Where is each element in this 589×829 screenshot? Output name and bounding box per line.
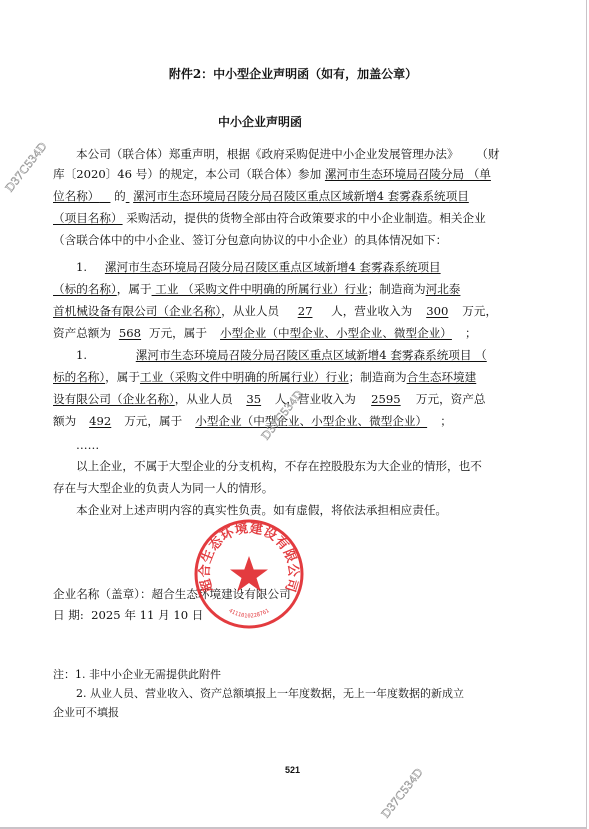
- entry-subject: 漯河市生态环境局召陵分局召陵区重点区域新增4 套雾森系统项目 （: [97, 347, 487, 363]
- purchaser-name-label: 位名称）: [53, 189, 99, 203]
- official-seal-icon: 超合生态环境建设有限公司 4111010228761: [193, 518, 305, 630]
- entry-text: 资产总额为: [53, 326, 111, 340]
- statement-2: 本企业对上述声明内容的真实性负责。如有虚假，将依法承担相应责任。: [76, 502, 447, 518]
- entry-text: ；制造商为: [368, 282, 426, 296]
- entry-assets: 568: [111, 325, 149, 341]
- entry-2-line-1: 1. 漯河市生态环境局召陵分局召陵区重点区域新增4 套雾森系统项目 （: [76, 347, 487, 363]
- attachment-title: 附件2：中小型企业声明函（如有，加盖公章）: [0, 66, 586, 82]
- entry-text: ；: [465, 326, 477, 340]
- entry-subject-label: 标的名称）: [53, 370, 105, 384]
- date-label: 日 期:: [53, 608, 84, 622]
- entry-assets: 492: [76, 413, 124, 429]
- note-1: 注：1. 非中小企业无需提供此附件: [53, 667, 221, 683]
- entry-2-line-4: 额为492万元，属于小型企业（中型企业、小型企业、微型企业）；: [53, 413, 452, 429]
- entry-1-line-3: 首机械设备有限公司（企业名称），从业人员27人，营业收入为300万元，: [53, 303, 497, 319]
- entry-size: 小型企业（中型企业、小型企业、微型企业）: [182, 413, 440, 429]
- entry-manufacturer: 首机械设备有限公司（企业名称）: [53, 304, 221, 318]
- intro-line-2: 库〔2020〕46 号）的规定，本公司（联合体）参加 漯河市生态环境局召陵分局 …: [53, 166, 491, 182]
- entry-manufacturer: 河北泰: [426, 282, 461, 296]
- entry-text: ；: [440, 414, 452, 428]
- intro-line-1: 本公司（联合体）郑重声明，根据《政府采购促进中小企业发展管理办法》 （财: [76, 146, 500, 162]
- entry-size: 小型企业（中型企业、小型企业、微型企业）: [207, 325, 465, 341]
- entry-text: 人，营业收入为: [331, 304, 412, 318]
- intro-text: （财: [476, 147, 499, 161]
- project-name-field: 漯河市生态环境局召陵分局召陵区重点区域新增4 套雾森系统项目: [133, 189, 469, 203]
- watermark: D37C534D: [378, 765, 426, 821]
- statement-1-line-1: 以上企业，不属于大型企业的分支机构，不存在控股股东为大企业的情形，也不: [76, 458, 482, 474]
- entry-revenue: 300: [412, 303, 462, 319]
- entry-text: ，从业人员: [175, 392, 233, 406]
- entry-employees: 35: [233, 391, 275, 407]
- entry-text: 万元，: [462, 304, 497, 318]
- document-page: 附件2：中小型企业声明函（如有，加盖公章） 中小企业声明函 本公司（联合体）郑重…: [0, 0, 587, 829]
- entry-manufacturer: 合生态环境建: [407, 370, 477, 384]
- intro-line-3: 位名称） 的 漯河市生态环境局召陵分局召陵区重点区域新增4 套雾森系统项目: [53, 188, 469, 204]
- svg-text:4111010228761: 4111010228761: [228, 608, 271, 619]
- entry-text: 万元，资产总: [416, 392, 486, 406]
- entry-manufacturer: 设有限公司（企业名称）: [53, 392, 175, 406]
- entry-text: ；制造商为: [349, 370, 407, 384]
- entry-text: ，从业人员: [221, 304, 279, 318]
- entry-1-line-2: （标的名称），属于 工业 （采购文件中明确的所属行业）行业；制造商为河北泰: [53, 281, 460, 297]
- intro-line-5: （含联合体中的中小企业、签订分包意向协议的中小企业）的具体情况如下：: [53, 232, 447, 248]
- note-2-line-1: 2. 从业人员、营业收入、资产总额填报上一年度数据，无上一年度数据的新成立: [76, 686, 464, 702]
- entry-text: ，属于: [117, 282, 152, 296]
- entry-employees: 27: [279, 303, 331, 319]
- project-name-label: （项目名称）: [53, 211, 123, 225]
- entry-revenue: 2595: [356, 391, 416, 407]
- entry-text: 额为: [53, 414, 76, 428]
- statement-1-line-2: 存在与大型企业的负责人为同一人的情形。: [53, 480, 273, 496]
- entry-1-line-4: 资产总额为568万元，属于小型企业（中型企业、小型企业、微型企业）；: [53, 325, 477, 341]
- entry-number: 1.: [76, 260, 87, 274]
- entry-text: 万元，属于: [124, 414, 182, 428]
- intro-line-4: （项目名称） 采购活动，提供的货物全部由符合政策要求的中小企业制造。相关企业: [53, 210, 486, 226]
- intro-text: 库〔2020〕46 号）的规定，本公司（联合体）参加: [53, 167, 321, 181]
- intro-text: 本公司（联合体）郑重声明，根据《政府采购促进中小企业发展管理办法》: [76, 147, 459, 161]
- letter-title: 中小企业声明函: [218, 114, 302, 130]
- purchaser-name-field: 漯河市生态环境局召陵分局 （单: [325, 167, 491, 181]
- intro-text: 的: [114, 189, 126, 203]
- date-value: 2025 年 11 月 10 日: [91, 608, 203, 622]
- entry-industry: 工业（采购文件中明确的所属行业）行业: [140, 370, 349, 384]
- entry-industry: 工业 （采购文件中明确的所属行业）行业: [152, 282, 368, 296]
- entry-text: 万元，属于: [149, 326, 207, 340]
- entry-2-line-2: 标的名称），属于工业（采购文件中明确的所属行业）行业；制造商为合生态环境建: [53, 369, 476, 385]
- entry-subject-label: （标的名称）: [53, 282, 117, 296]
- entry-1-line-1: 1. 漯河市生态环境局召陵分局召陵区重点区域新增4 套雾森系统项目: [76, 259, 449, 275]
- watermark: D37C534D: [2, 139, 50, 195]
- signature-date: 日 期: 2025 年 11 月 10 日: [53, 607, 203, 623]
- entry-subject: 漯河市生态环境局召陵分局召陵区重点区域新增4 套雾森系统项目: [97, 259, 449, 275]
- company-label: 企业名称（盖章）：: [53, 587, 152, 601]
- ellipsis: ……: [76, 437, 99, 453]
- intro-text: 采购活动，提供的货物全部由符合政策要求的中小企业制造。相关企业: [126, 211, 485, 225]
- page-number: 521: [285, 762, 300, 778]
- entry-text: ，属于: [105, 370, 140, 384]
- entry-2-line-3: 设有限公司（企业名称），从业人员35人，营业收入为2595万元，资产总: [53, 391, 485, 407]
- note-2-line-2: 企业可不填报: [53, 705, 119, 721]
- entry-number: 1.: [76, 348, 87, 362]
